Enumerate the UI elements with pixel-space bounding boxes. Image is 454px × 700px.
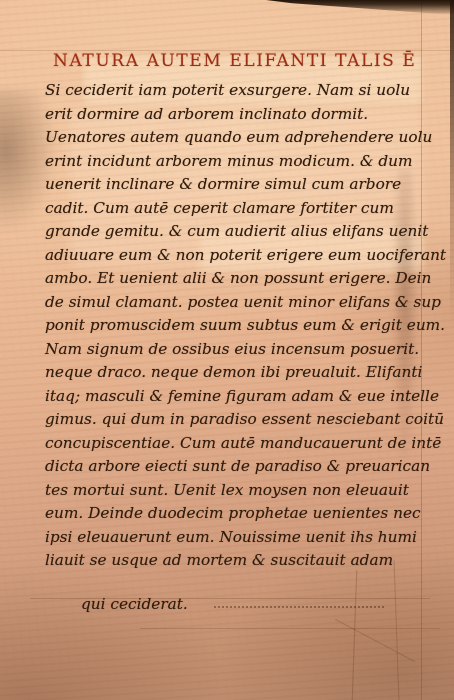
crease-line (140, 628, 440, 629)
manuscript-line: erit dormire ad arborem inclinato dormit… (45, 103, 427, 127)
manuscript-line: neque draco. neque demon ibi preualuit. … (45, 361, 427, 385)
rubric-heading: NATURA AUTEM ELIFANTI TALIS Ē (45, 48, 427, 74)
manuscript-line: grande gemitu. & cum audierit alius elif… (45, 220, 427, 244)
manuscript-line: gimus. qui dum in paradiso essent nescie… (45, 408, 427, 432)
manuscript-line: eum. Deinde duodecim prophetae uenientes… (45, 502, 427, 526)
manuscript-line: cadit. Cum autē ceperit clamare fortiter… (45, 197, 427, 221)
manuscript-text-block: NATURA AUTEM ELIFANTI TALIS Ē Si cecider… (45, 48, 427, 613)
manuscript-body: Si ceciderit iam poterit exsurgere. Nam … (45, 79, 427, 573)
page-edge-shadow (266, 0, 454, 15)
manuscript-line: Uenatores autem quando eum adprehendere … (45, 126, 427, 150)
manuscript-line: ambo. Et uenient alii & non possunt erig… (45, 267, 427, 291)
manuscript-line: ponit promuscidem suum subtus eum & erig… (45, 314, 427, 338)
manuscript-line: adiuuare eum & non poterit erigere eum u… (45, 244, 427, 268)
manuscript-line: Nam signum de ossibus eius incensum posu… (45, 338, 427, 362)
manuscript-line: liauit se usque ad mortem & suscitauit a… (45, 549, 427, 573)
manuscript-line: concupiscentiae. Cum autē manducauerunt … (45, 432, 427, 456)
manuscript-line: uenerit inclinare & dormire simul cum ar… (45, 173, 427, 197)
closing-line: qui ceciderat. (81, 595, 188, 613)
manuscript-line: erint incidunt arborem minus modicum. & … (45, 150, 427, 174)
manuscript-line: ipsi eleuauerunt eum. Nouissime uenit ih… (45, 526, 427, 550)
manuscript-line: tes mortui sunt. Uenit lex moysen non el… (45, 479, 427, 503)
page-edge-shadow (450, 0, 454, 320)
manuscript-line: de simul clamant. postea uenit minor eli… (45, 291, 427, 315)
manuscript-line: Si ceciderit iam poterit exsurgere. Nam … (45, 79, 427, 103)
manuscript-line: itaq; masculi & femine figuram adam & eu… (45, 385, 427, 409)
crease-line (335, 619, 415, 662)
faded-ink-traces (214, 606, 384, 608)
manuscript-photo: { "page": { "heading": "NATURA AUTEM ELI… (0, 0, 454, 700)
closing-row: qui ceciderat. (45, 595, 427, 613)
manuscript-line: dicta arbore eiecti sunt de paradiso & p… (45, 455, 427, 479)
